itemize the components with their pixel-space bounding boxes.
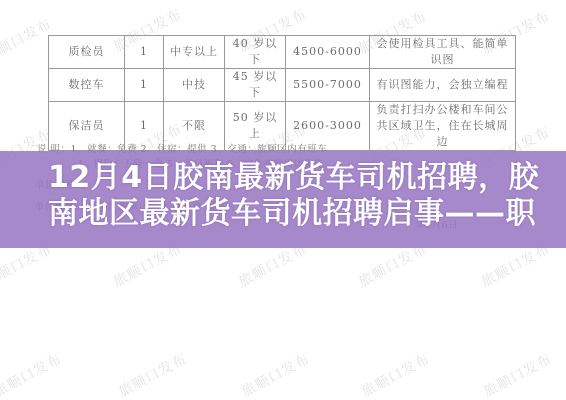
cell-count: 1	[125, 36, 164, 69]
cell-education: 中专以上	[164, 36, 225, 69]
cell-position: 数控车	[49, 69, 125, 102]
watermark: 旅顺口发布	[0, 14, 55, 67]
title-line-1: 12月4日胶南最新货车司机招聘，胶	[48, 160, 528, 196]
watermark: 旅顺口发布	[238, 349, 314, 400]
cell-salary: 5500-7000	[286, 69, 370, 102]
cell-age: 40 岁以下	[225, 36, 286, 69]
watermark: 旅顺口发布	[0, 349, 65, 400]
watermark: 旅顺口发布	[115, 349, 191, 400]
table-row: 质检员 1 中专以上 40 岁以下 4500-6000 会使用检具工具、能简单识…	[49, 36, 516, 69]
document-image: 质检员 1 中专以上 40 岁以下 4500-6000 会使用检具工具、能简单识…	[0, 0, 566, 400]
cell-count: 1	[125, 69, 164, 102]
cell-requirement: 会使用检具工具、能简单识图	[370, 36, 516, 69]
table-row: 数控车 1 中技 45 岁以下 5500-7000 有识图能力，会独立编程	[49, 69, 516, 102]
article-title: 12月4日胶南最新货车司机招聘，胶 南地区最新货车司机招聘启事——职	[48, 160, 528, 232]
job-table: 质检员 1 中专以上 40 岁以下 4500-6000 会使用检具工具、能简单识…	[48, 35, 516, 151]
watermark: 旅顺口发布	[358, 349, 434, 400]
cell-education: 中技	[164, 69, 225, 102]
cell-salary: 4500-6000	[286, 36, 370, 69]
title-line-2: 南地区最新货车司机招聘启事——职	[48, 196, 528, 232]
cell-requirement: 负责打扫办公楼和车间公共区域卫生，住在长城周边	[370, 102, 516, 151]
cell-age: 45 岁以下	[225, 69, 286, 102]
watermark: 旅顺口发布	[480, 349, 556, 400]
cell-position: 质检员	[49, 36, 125, 69]
cell-requirement: 有识图能力，会独立编程	[370, 69, 516, 102]
